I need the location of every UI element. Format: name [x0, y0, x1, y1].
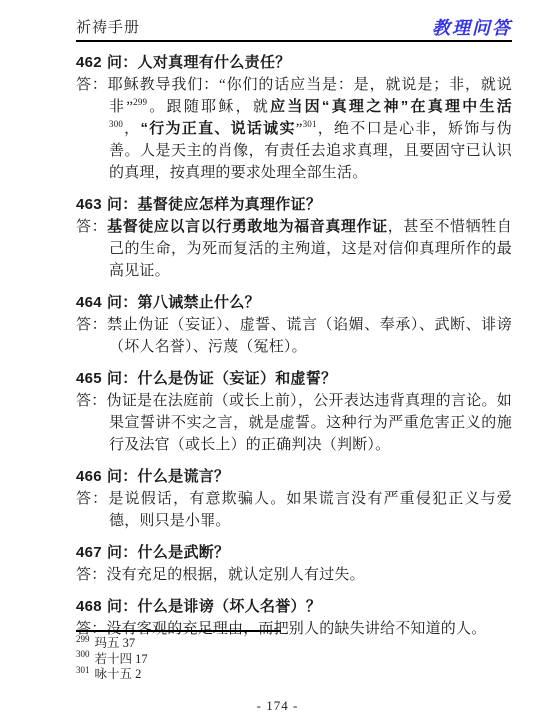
- answer-text: 伪证是在法庭前（或长上前），公开表达违背真理的言论。如果宣誓讲不实之言，就是虚誓…: [107, 393, 512, 453]
- footnote-item: 300若十四 17: [76, 652, 511, 668]
- answer-text: 是说假话，有意欺骗人。如果谎言没有严重侵犯正义与爱德，则只是小罪。: [108, 491, 512, 529]
- question-line: 462问：人对真理有什么责任？: [76, 52, 512, 74]
- answer-segment: ，: [123, 121, 140, 137]
- question-text: 什么是武断？: [138, 544, 230, 561]
- question-number: 464: [76, 294, 102, 311]
- footnote-text: 若十四 17: [95, 652, 148, 666]
- answer-label: 答：: [76, 491, 108, 507]
- footnote-ref: 301: [303, 119, 317, 129]
- footnote-marker: 301: [76, 665, 90, 675]
- answer-text: 基督徒应以言以行勇敢地为福音真理作证，甚至不惜牺牲自己的生命，为死而复活的主殉道…: [107, 219, 512, 279]
- question-label: 问：: [107, 598, 138, 615]
- answer-label: 答：: [76, 317, 107, 333]
- question-number: 463: [76, 196, 102, 213]
- answer-label: 答：: [76, 219, 107, 235]
- question-label: 问：: [107, 196, 138, 213]
- footnote-list: 299玛五 37 300若十四 17 301咏十五 2: [76, 636, 511, 683]
- question-number: 466: [76, 468, 102, 485]
- page-number: - 174 -: [257, 698, 299, 713]
- footnote-text: 咏十五 2: [95, 667, 142, 681]
- footnote-separator: [76, 630, 281, 632]
- question-line: 466问：什么是谎言？: [76, 466, 512, 488]
- answer-text: 没有充足的根据，就认定别人有过失。: [106, 567, 364, 583]
- question-line: 464问：第八诫禁止什么？: [76, 292, 512, 314]
- answer-paragraph: 答：耶稣教导我们：“你们的话应当是：是，就说是；非，就说非”299。跟随耶稣，就…: [76, 74, 512, 184]
- answer-segment: “行为正直、说话诚实: [140, 120, 295, 137]
- answer-segment: 伪证是在法庭前（或长上前），公开表达违背真理的言论。如果宣誓讲不实之言，就是虚誓…: [107, 393, 512, 453]
- question-number: 468: [76, 598, 102, 615]
- question-label: 问：: [107, 544, 138, 561]
- footnote-ref: 299: [133, 97, 147, 107]
- answer-paragraph: 答：伪证是在法庭前（或长上前），公开表达违背真理的言论。如果宣誓讲不实之言，就是…: [76, 390, 512, 456]
- footnote-item: 299玛五 37: [76, 636, 511, 652]
- question-text: 基督徒应怎样为真理作证？: [138, 196, 322, 213]
- qa-item: 465问：什么是伪证（妄证）和虚誓？ 答：伪证是在法庭前（或长上前），公开表达违…: [76, 368, 512, 456]
- answer-segment: 。跟随耶稣，就: [147, 99, 270, 115]
- question-line: 468问：什么是诽谤（坏人名誉）？: [76, 596, 512, 618]
- answer-segment: 基督徒应以言以行勇敢地为福音真理作证: [107, 218, 388, 235]
- footnote-item: 301咏十五 2: [76, 667, 511, 683]
- qa-item: 466问：什么是谎言？ 答：是说假话，有意欺骗人。如果谎言没有严重侵犯正义与爱德…: [76, 466, 512, 532]
- answer-paragraph: 答：是说假话，有意欺骗人。如果谎言没有严重侵犯正义与爱德，则只是小罪。: [76, 488, 512, 532]
- footnote-marker: 299: [76, 634, 90, 644]
- footnote-marker: 300: [76, 649, 90, 659]
- question-number: 467: [76, 544, 102, 561]
- footnote-ref: 300: [109, 119, 123, 129]
- header-right-title: 教理问答: [432, 19, 512, 37]
- answer-paragraph: 答：没有充足的根据，就认定别人有过失。: [76, 564, 512, 586]
- question-text: 什么是谎言？: [138, 468, 230, 485]
- page-content: 祈祷手册 教理问答 462问：人对真理有什么责任？ 答：耶稣教导我们：“你们的话…: [0, 0, 555, 640]
- qa-item: 467问：什么是武断？ 答：没有充足的根据，就认定别人有过失。: [76, 542, 512, 586]
- header-left-title: 祈祷手册: [76, 16, 140, 37]
- question-number: 462: [76, 54, 102, 71]
- question-label: 问：: [107, 294, 138, 311]
- answer-label: 答：: [76, 393, 107, 409]
- answer-segment: ”: [296, 121, 303, 137]
- question-line: 467问：什么是武断？: [76, 542, 512, 564]
- qa-item: 462问：人对真理有什么责任？ 答：耶稣教导我们：“你们的话应当是：是，就说是；…: [76, 52, 512, 184]
- question-text: 第八诫禁止什么？: [138, 294, 260, 311]
- document-page: 祈祷手册 教理问答 462问：人对真理有什么责任？ 答：耶稣教导我们：“你们的话…: [0, 0, 555, 724]
- question-line: 463问：基督徒应怎样为真理作证？: [76, 194, 512, 216]
- answer-text: 禁止伪证（妄证）、虚誓、谎言（谄媚、奉承）、武断、诽谤（坏人名誉）、污蔑（冤枉）…: [107, 317, 512, 355]
- footnote-text: 玛五 37: [95, 636, 136, 650]
- answer-paragraph: 答：禁止伪证（妄证）、虚誓、谎言（谄媚、奉承）、武断、诽谤（坏人名誉）、污蔑（冤…: [76, 314, 512, 358]
- question-line: 465问：什么是伪证（妄证）和虚誓？: [76, 368, 512, 390]
- answer-segment: 禁止伪证（妄证）、虚誓、谎言（谄媚、奉承）、武断、诽谤（坏人名誉）、污蔑（冤枉）…: [107, 317, 512, 355]
- qa-item: 463问：基督徒应怎样为真理作证？ 答：基督徒应以言以行勇敢地为福音真理作证，甚…: [76, 194, 512, 282]
- answer-paragraph: 答：基督徒应以言以行勇敢地为福音真理作证，甚至不惜牺牲自己的生命，为死而复活的主…: [76, 216, 512, 282]
- answer-label: 答：: [76, 77, 108, 93]
- question-number: 465: [76, 370, 102, 387]
- footnotes-section: 299玛五 37 300若十四 17 301咏十五 2: [76, 630, 511, 683]
- answer-segment: 是说假话，有意欺骗人。如果谎言没有严重侵犯正义与爱德，则只是小罪。: [108, 491, 512, 529]
- answer-text: 耶稣教导我们：“你们的话应当是：是，就说是；非，就说非”299。跟随耶稣，就应当…: [108, 77, 512, 181]
- page-header: 祈祷手册 教理问答: [76, 16, 512, 42]
- page-footer: - 174 -: [0, 698, 555, 714]
- question-label: 问：: [107, 468, 138, 485]
- qa-list: 462问：人对真理有什么责任？ 答：耶稣教导我们：“你们的话应当是：是，就说是；…: [76, 52, 512, 640]
- question-text: 人对真理有什么责任？: [138, 54, 291, 71]
- answer-segment: 应当因“真理之神”在真理中生活: [270, 98, 512, 115]
- question-text: 什么是诽谤（坏人名誉）？: [138, 598, 322, 615]
- question-label: 问：: [107, 370, 138, 387]
- answer-label: 答：: [76, 567, 106, 583]
- question-text: 什么是伪证（妄证）和虚誓？: [138, 370, 337, 387]
- question-label: 问：: [107, 54, 138, 71]
- answer-segment: 没有充足的根据，就认定别人有过失。: [106, 567, 364, 583]
- qa-item: 464问：第八诫禁止什么？ 答：禁止伪证（妄证）、虚誓、谎言（谄媚、奉承）、武断…: [76, 292, 512, 358]
